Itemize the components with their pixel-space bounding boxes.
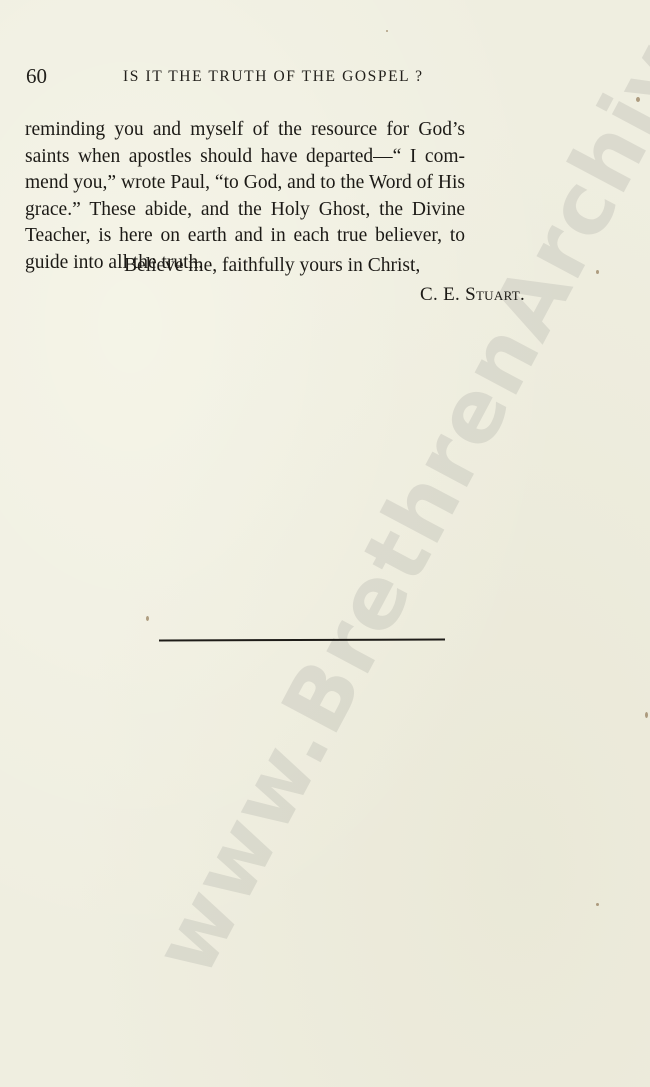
text-line: saints when apostles should have departe… [25, 144, 465, 171]
paper-speck [146, 616, 149, 621]
book-page: www.BrethrenArchive.org 60 IS IT THE TRU… [0, 0, 650, 1087]
paper-speck [596, 270, 599, 274]
text-line: Teacher, is here on earth and in each tr… [25, 223, 465, 250]
valediction: Believe me, faithfully yours in Christ, [124, 253, 420, 279]
running-head-title: IS IT THE TRUTH OF THE GOSPEL ? [123, 65, 424, 89]
paper-speck [645, 712, 648, 718]
paper-speck [596, 903, 599, 906]
paper-speck [386, 30, 388, 32]
paper-speck [636, 97, 640, 102]
page-number: 60 [26, 63, 47, 89]
text-line: reminding you and myself of the resource… [25, 117, 465, 144]
signature: C. E. Stuart. [420, 282, 525, 308]
running-head: 60 IS IT THE TRUTH OF THE GOSPEL ? [26, 63, 546, 89]
text-line: mend you,” wrote Paul, “to God, and to t… [25, 170, 465, 197]
text-line: grace.” These abide, and the Holy Ghost,… [25, 197, 465, 224]
section-divider-rule [159, 639, 445, 642]
